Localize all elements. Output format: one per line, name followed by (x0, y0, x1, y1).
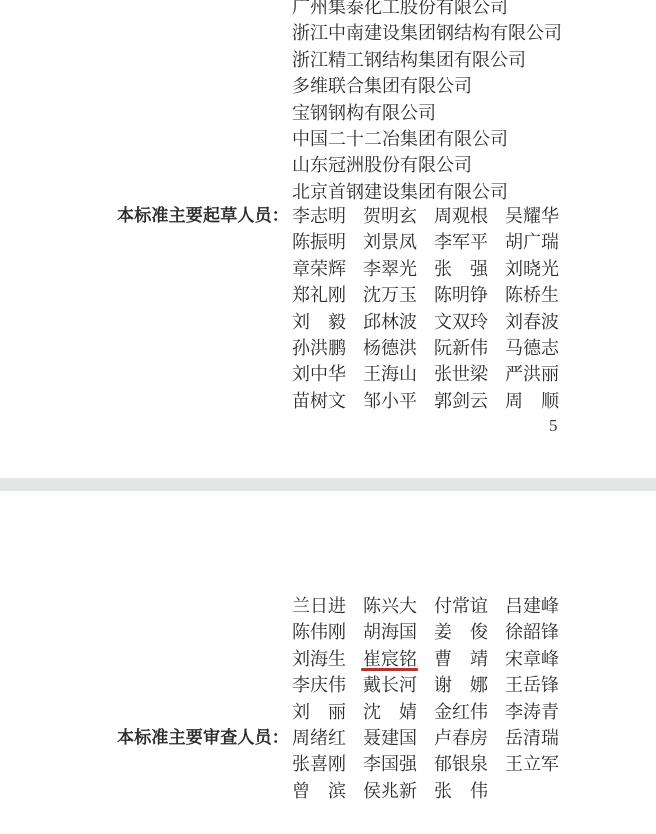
person-name: 王海山 (363, 361, 417, 387)
person-name: 曾 滨 (292, 778, 346, 804)
person-name: 胡广瑞 (505, 229, 559, 255)
person-name: 侯兆新 (363, 778, 417, 804)
person-name: 邱林波 (363, 309, 417, 335)
person-name: 张世梁 (434, 361, 488, 387)
person-name: 文双玲 (434, 309, 488, 335)
drafters-name-grid: 李志明贺明玄周观根吴耀华 陈振明刘景凤李军平胡广瑞 章荣辉李翠光张 强刘晓光 郑… (292, 203, 559, 414)
name-row: 陈伟刚胡海国姜 俊徐韶锋 (292, 619, 559, 645)
person-name: 曹 靖 (434, 646, 488, 672)
person-name: 卢春房 (434, 725, 488, 751)
person-name: 刘海生 (292, 646, 346, 672)
person-name: 王立军 (505, 751, 559, 777)
person-name: 聂建国 (363, 725, 417, 751)
drafters-section-label: 本标准主要起草人员： (117, 203, 289, 229)
person-name-red-underlined: 崔宸铭 (363, 646, 417, 672)
company-item: 浙江中南建设集团钢结构有限公司 (292, 20, 562, 46)
company-item: 宝钢钢构有限公司 (292, 100, 562, 126)
person-name: 郁银泉 (434, 751, 488, 777)
company-item: 广州集泰化工股份有限公司 (292, 0, 562, 20)
name-row: 李志明贺明玄周观根吴耀华 (292, 203, 559, 229)
person-name: 李庆伟 (292, 672, 346, 698)
name-row: 兰日进陈兴大付常谊吕建峰 (292, 593, 559, 619)
person-name: 徐韶锋 (505, 619, 559, 645)
person-name: 刘春波 (505, 309, 559, 335)
name-row: 陈振明刘景凤李军平胡广瑞 (292, 229, 559, 255)
person-name: 谢 娜 (434, 672, 488, 698)
company-item: 北京首钢建设集团有限公司 (292, 179, 562, 205)
drafting-companies-list: 广州集泰化工股份有限公司 浙江中南建设集团钢结构有限公司 浙江精工钢结构集团有限… (292, 0, 562, 205)
person-name: 郭剑云 (434, 388, 488, 414)
person-name: 阮新伟 (434, 335, 488, 361)
person-name: 岳清瑞 (505, 725, 559, 751)
name-row: 张喜刚李国强郁银泉王立军 (292, 751, 559, 777)
reviewers-name-grid: 兰日进陈兴大付常谊吕建峰 陈伟刚胡海国姜 俊徐韶锋 刘海生崔宸铭曹 靖宋章峰 李… (292, 593, 559, 804)
person-name: 李志明 (292, 203, 346, 229)
person-name: 陈振明 (292, 229, 346, 255)
reviewers-section-label: 本标准主要审查人员： (117, 725, 289, 751)
document-viewer: 广州集泰化工股份有限公司 浙江中南建设集团钢结构有限公司 浙江精工钢结构集团有限… (0, 0, 656, 834)
name-row: 曾 滨侯兆新张 伟 (292, 778, 559, 804)
name-row: 刘 丽沈 婧金红伟李涛青 (292, 699, 559, 725)
person-name: 李翠光 (363, 256, 417, 282)
person-name: 张 伟 (434, 778, 488, 804)
person-name: 孙洪鹏 (292, 335, 346, 361)
person-name: 姜 俊 (434, 619, 488, 645)
person-name: 王岳锋 (505, 672, 559, 698)
person-name: 马德志 (505, 335, 559, 361)
name-row: 章荣辉李翠光张 强刘晓光 (292, 256, 559, 282)
person-name: 陈桥生 (505, 282, 559, 308)
person-name: 付常谊 (434, 593, 488, 619)
person-name: 周观根 (434, 203, 488, 229)
name-row: 李庆伟戴长河谢 娜王岳锋 (292, 672, 559, 698)
person-name: 陈兴大 (363, 593, 417, 619)
person-name: 陈明铮 (434, 282, 488, 308)
page-separator (0, 478, 656, 491)
person-name: 贺明玄 (363, 203, 417, 229)
person-name: 张 强 (434, 256, 488, 282)
person-name: 胡海国 (363, 619, 417, 645)
person-name: 周 顺 (505, 388, 559, 414)
person-name: 金红伟 (434, 699, 488, 725)
name-row: 孙洪鹏杨德洪阮新伟马德志 (292, 335, 559, 361)
person-name: 沈 婧 (363, 699, 417, 725)
person-name: 刘晓光 (505, 256, 559, 282)
person-name: 刘景凤 (363, 229, 417, 255)
name-row: 刘中华王海山张世梁严洪丽 (292, 361, 559, 387)
company-item: 山东冠洲股份有限公司 (292, 152, 562, 178)
person-name: 戴长河 (363, 672, 417, 698)
person-name: 兰日进 (292, 593, 346, 619)
name-row: 刘海生崔宸铭曹 靖宋章峰 (292, 646, 559, 672)
person-name: 陈伟刚 (292, 619, 346, 645)
person-name: 严洪丽 (505, 361, 559, 387)
name-row: 苗树文邹小平郭剑云周 顺 (292, 388, 559, 414)
company-item: 浙江精工钢结构集团有限公司 (292, 47, 562, 73)
person-name: 刘 毅 (292, 309, 346, 335)
person-name: 苗树文 (292, 388, 346, 414)
person-name: 刘中华 (292, 361, 346, 387)
person-name: 宋章峰 (505, 646, 559, 672)
page-number: 5 (549, 416, 558, 436)
person-name: 李军平 (434, 229, 488, 255)
person-name: 张喜刚 (292, 751, 346, 777)
person-name: 章荣辉 (292, 256, 346, 282)
person-name: 沈万玉 (363, 282, 417, 308)
person-name: 杨德洪 (363, 335, 417, 361)
name-row: 刘 毅邱林波文双玲刘春波 (292, 309, 559, 335)
person-name: 李国强 (363, 751, 417, 777)
company-item: 中国二十二冶集团有限公司 (292, 126, 562, 152)
company-item: 多维联合集团有限公司 (292, 73, 562, 99)
person-name: 吴耀华 (505, 203, 559, 229)
name-row: 周绪红聂建国卢春房岳清瑞 (292, 725, 559, 751)
person-name: 邹小平 (363, 388, 417, 414)
person-name: 李涛青 (505, 699, 559, 725)
person-name: 吕建峰 (505, 593, 559, 619)
person-name: 周绪红 (292, 725, 346, 751)
person-name: 郑礼刚 (292, 282, 346, 308)
name-row: 郑礼刚沈万玉陈明铮陈桥生 (292, 282, 559, 308)
person-name: 刘 丽 (292, 699, 346, 725)
